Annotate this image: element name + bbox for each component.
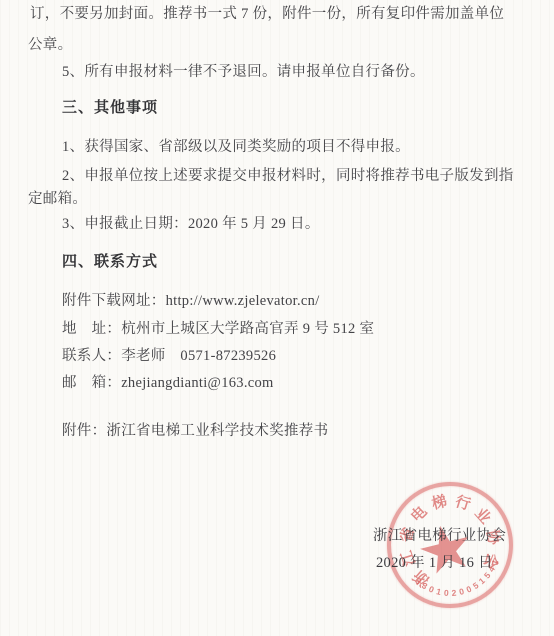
section-heading-contact: 四、联系方式 <box>62 253 158 271</box>
other-item-3-deadline: 3、申报截止日期：2020 年 5 月 29 日。 <box>62 215 320 233</box>
email-line: 邮 箱：zhejiangdianti@163.com <box>62 374 274 392</box>
attachment-line: 附件：浙江省电梯工业科学技术奖推荐书 <box>62 422 328 440</box>
other-item-2-line-1: 2、申报单位按上述要求提交申报材料时，同时将推荐书电子版发到指 <box>62 167 514 185</box>
paragraph-wrap-line-2: 公章。 <box>28 36 72 54</box>
signature-organization: 浙江省电梯行业协会 <box>373 527 506 545</box>
contact-person-line: 联系人：李老师 0571-87239526 <box>62 347 276 365</box>
address-line: 地 址：杭州市上城区大学路高官弄 9 号 512 室 <box>62 320 374 338</box>
section-heading-other-matters: 三、其他事项 <box>62 99 158 117</box>
scanned-notice-page: 订，不要另加封面。推荐书一式 7 份，附件一份，所有复印件需加盖单位 公章。 5… <box>0 0 554 636</box>
paragraph-wrap-line-1: 订，不要另加封面。推荐书一式 7 份，附件一份，所有复印件需加盖单位 <box>30 5 504 23</box>
official-seal: 浙江省电梯行业协会 3301020051541 <box>374 469 527 622</box>
signature-date: 2020 年 1 月 16 日 <box>376 554 493 572</box>
list-item-5: 5、所有申报材料一律不予退回。请申报单位自行备份。 <box>62 63 425 81</box>
other-item-1: 1、获得国家、省部级以及同类奖励的项目不得申报。 <box>62 138 410 156</box>
download-url-line: 附件下载网址：http://www.zjelevator.cn/ <box>62 292 320 310</box>
other-item-2-line-2: 定邮箱。 <box>28 190 87 208</box>
